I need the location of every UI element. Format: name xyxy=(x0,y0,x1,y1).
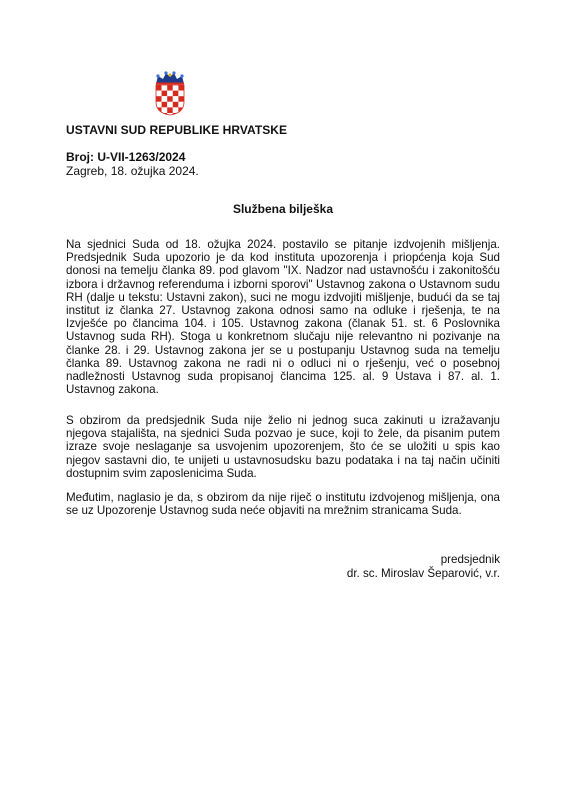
court-name: USTAVNI SUD REPUBLIKE HRVATSKE xyxy=(66,123,287,137)
case-number: Broj: U-VII-1263/2024 xyxy=(66,150,185,164)
signature-role: predsjednik xyxy=(347,553,500,567)
croatian-coat-of-arms-icon xyxy=(154,70,186,116)
paragraph-2: S obzirom da predsjednik Suda nije želio… xyxy=(66,414,500,480)
paragraph-3: Međutim, naglasio je da, s obzirom da ni… xyxy=(66,491,500,517)
signature-name: dr. sc. Miroslav Šeparović, v.r. xyxy=(347,567,500,581)
signature-block: predsjednik dr. sc. Miroslav Šeparović, … xyxy=(347,553,500,581)
document-title: Službena bilješka xyxy=(0,202,566,216)
place-date: Zagreb, 18. ožujka 2024. xyxy=(66,164,199,178)
crown xyxy=(156,71,184,84)
paragraph-1: Na sjednici Suda od 18. ožujka 2024. pos… xyxy=(66,238,500,396)
